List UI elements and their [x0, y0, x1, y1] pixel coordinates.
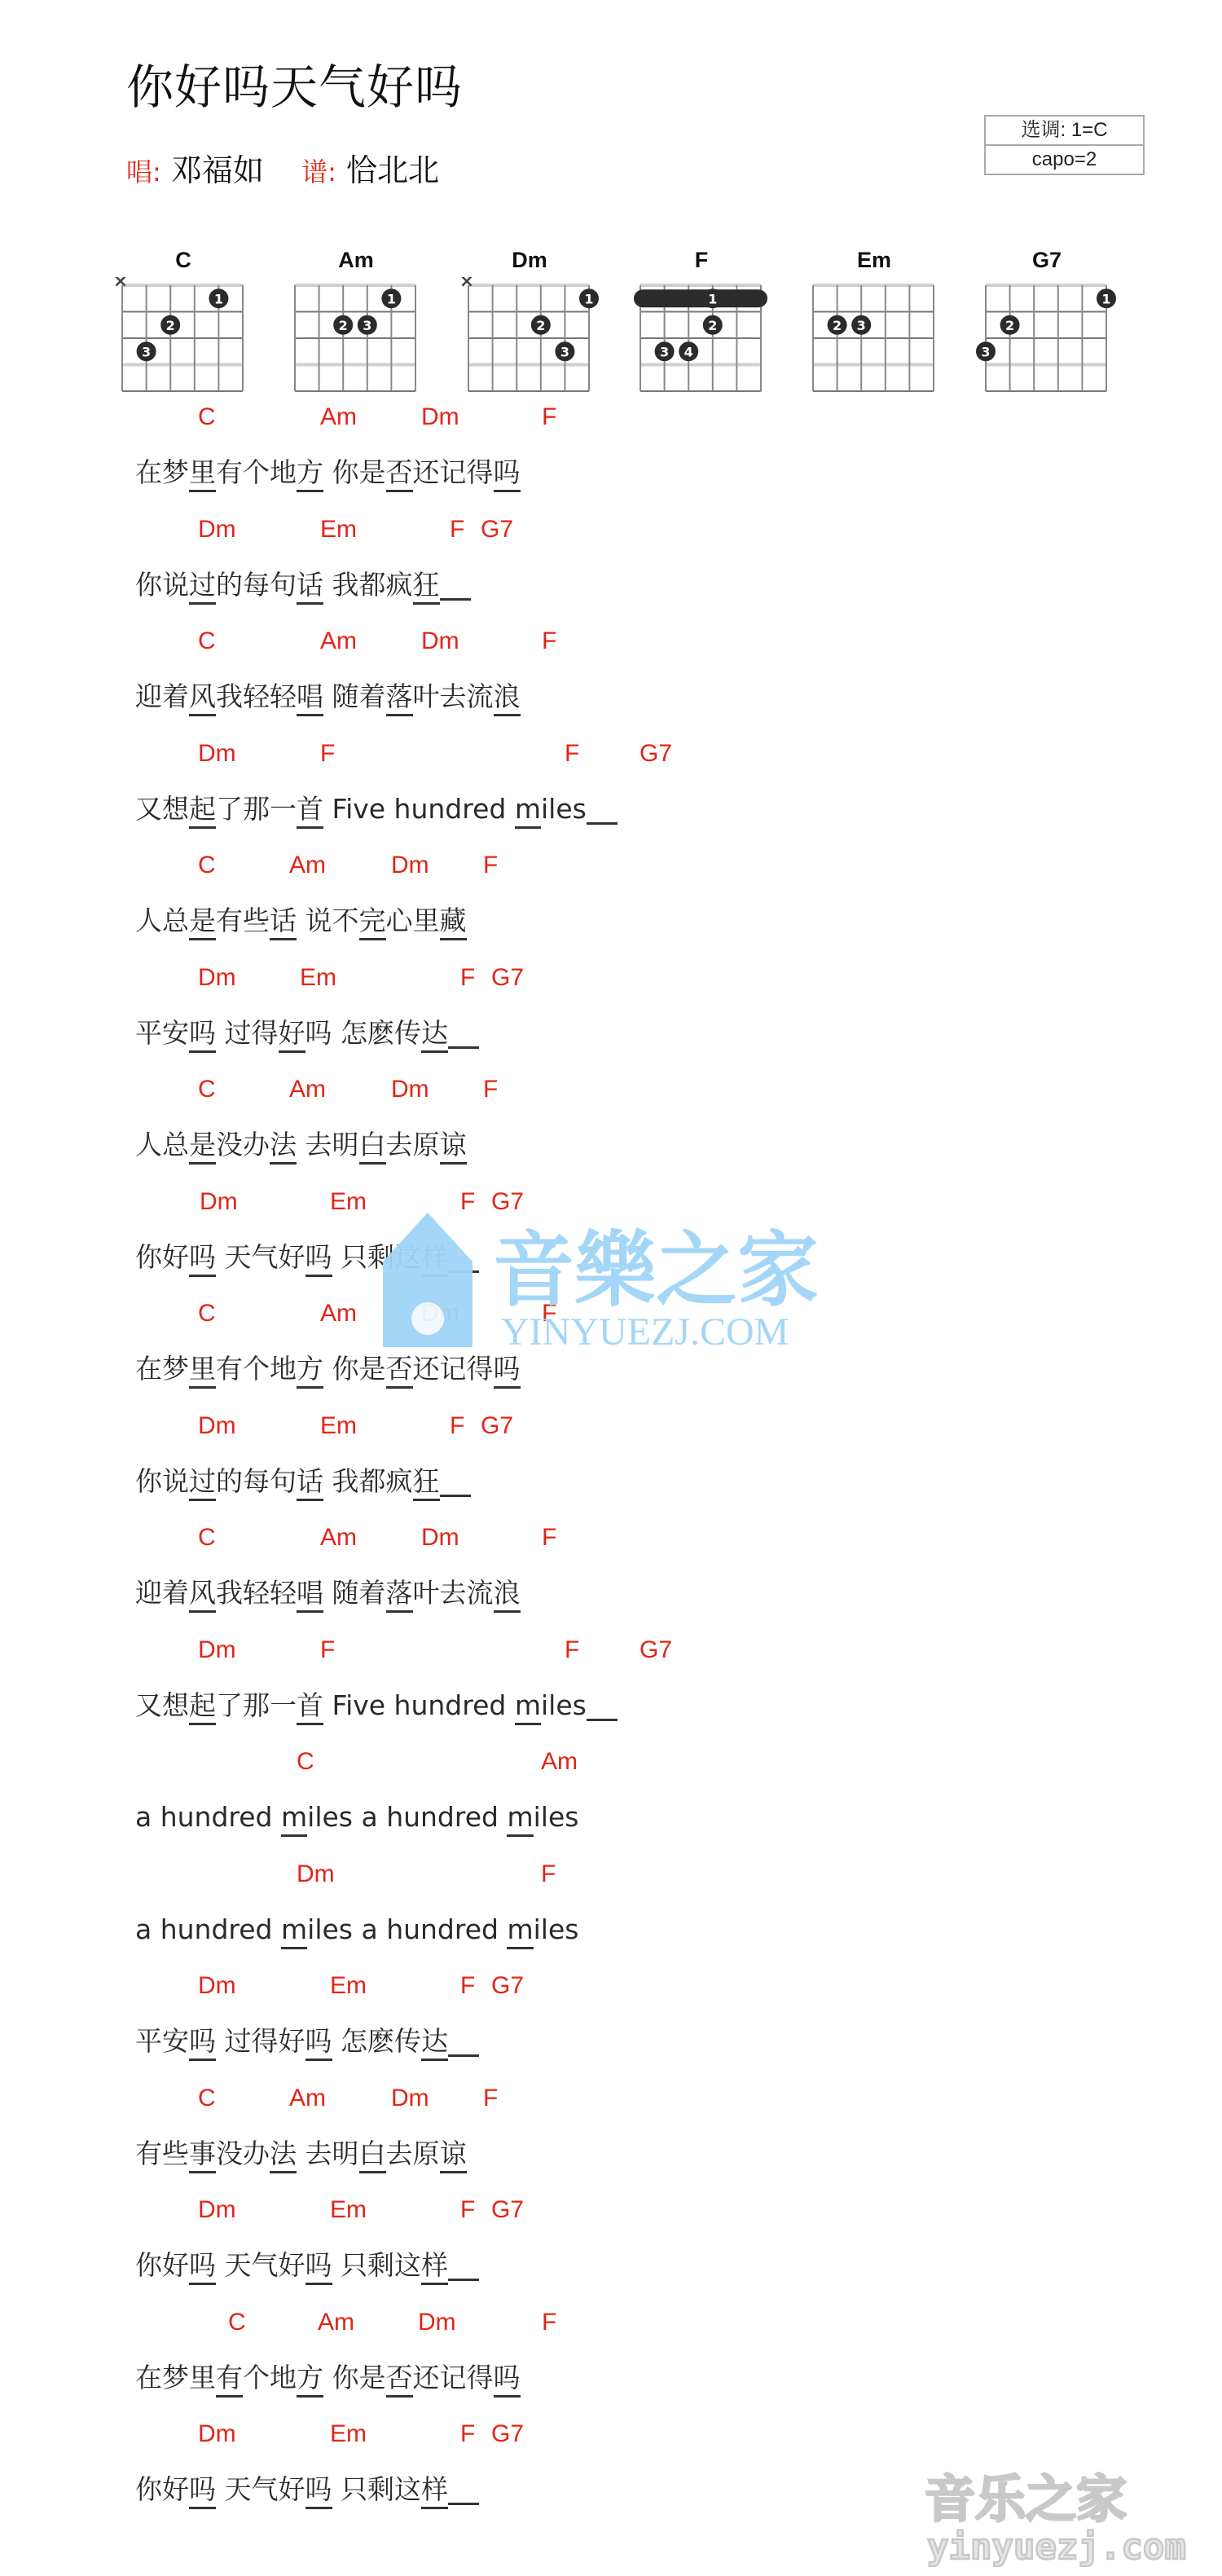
chord-label: Dm	[198, 1638, 236, 1662]
lyric-text: 的每句	[216, 569, 297, 601]
lyric-text: 还记得	[413, 456, 494, 488]
chord-label: F	[460, 966, 475, 990]
chord-label: C	[198, 629, 216, 654]
lyric-accent: 起	[189, 1689, 216, 1725]
lyric-line: 在梦里有个地方 你是否还记得吗	[135, 459, 521, 486]
chord-label: F	[542, 405, 556, 429]
lyric-text: 有些	[216, 905, 270, 936]
chord-label: Dm	[391, 853, 429, 878]
lyric-accent: m	[507, 1913, 533, 1949]
chord-label: Dm	[421, 1526, 459, 1550]
lyric-accent: 吗	[189, 2249, 216, 2285]
lyric-line: 在梦里有个地方 你是否还记得吗	[135, 1355, 521, 1382]
lyric-text: 我都疯	[323, 569, 413, 601]
chord-label: Em	[330, 2198, 367, 2222]
lyric-line: 你好吗 天气好吗 只剩这样	[135, 2252, 479, 2281]
lyric-text: iles	[541, 793, 587, 825]
chord-diagram-name: Em	[797, 248, 952, 273]
lyric-accent: 浪	[494, 680, 521, 716]
chord-diagram-name: Am	[279, 248, 433, 273]
chord-label: F	[565, 1638, 579, 1662]
svg-text:2: 2	[1005, 318, 1014, 333]
lyric-text: 天气好	[216, 1241, 305, 1273]
lyric-text: 个地	[243, 2362, 297, 2393]
lyric-text: 的每句	[216, 1465, 297, 1497]
lyric-text: 我轻轻	[216, 1577, 297, 1609]
lyric-accent: 吗	[189, 1241, 216, 1277]
chord-label: F	[450, 1414, 464, 1438]
lyric-text: 你好	[135, 1241, 189, 1273]
svg-text:2: 2	[339, 318, 348, 333]
chord-label: G7	[481, 517, 513, 542]
lyric-accent: 吗	[305, 2249, 332, 2285]
lyric-accent: m	[281, 1801, 307, 1837]
lyric-accent: 话	[297, 569, 323, 605]
fretboard-grid: 1234	[624, 277, 779, 399]
lyric-hold-line	[448, 2476, 479, 2505]
lyric-accent: 白	[359, 1129, 386, 1165]
chord-label: F	[460, 2198, 475, 2222]
chord-label: Dm	[391, 2086, 429, 2111]
chord-label: Em	[330, 2422, 367, 2446]
svg-text:3: 3	[142, 344, 151, 359]
svg-text:2: 2	[536, 318, 545, 333]
lyric-accent: 落	[386, 680, 413, 716]
lyric-accent: 方	[297, 2362, 323, 2398]
chord-label: Am	[289, 1077, 326, 1102]
song-title: 你好吗天气好吗	[126, 64, 463, 111]
lyric-text: 你好	[135, 2249, 189, 2281]
lyric-accent: 风	[189, 680, 216, 716]
lyric-accent: 里	[189, 456, 216, 492]
lyric-accent: 达	[421, 1017, 448, 1053]
chord-label: F	[542, 1526, 556, 1550]
lyric-text: 平安	[135, 1017, 189, 1049]
lyric-text: 去原	[386, 2138, 440, 2169]
lyric-text: 在梦	[135, 456, 189, 488]
lyric-accent: 样	[421, 1241, 448, 1277]
lyric-text: 迎着	[135, 1577, 189, 1609]
lyric-line: 又想起了那一首 Five hundred miles	[135, 1692, 618, 1721]
singer-label: 唱:	[126, 156, 161, 187]
chord-label: C	[198, 405, 216, 429]
chord-label: F	[460, 1974, 475, 1998]
lyric-line: 你好吗 天气好吗 只剩这样	[135, 1244, 479, 1273]
chord-label: C	[198, 1301, 216, 1326]
muted-string-icon: ×	[459, 277, 474, 292]
chord-label: Am	[289, 853, 326, 878]
chord-label: Dm	[421, 405, 459, 429]
lyric-text: 去原	[386, 1129, 440, 1160]
lyric-text: 没办	[216, 2138, 270, 2169]
lyric-text: 你好	[135, 2473, 189, 2505]
lyric-accent: 达	[421, 2025, 448, 2061]
lyric-text: 只剩这	[332, 2249, 422, 2281]
svg-text:1: 1	[708, 291, 717, 306]
svg-text:2: 2	[708, 318, 717, 333]
chord-label: C	[198, 1526, 216, 1550]
lyric-text: 你是	[323, 2362, 386, 2393]
lyric-accent: 法	[270, 2138, 297, 2173]
lyric-text: 过得好	[216, 2025, 305, 2057]
chord-label: Em	[300, 966, 336, 990]
credits: 唱: 邓福如 谱: 恰北北	[126, 155, 439, 186]
svg-text:音乐之家: 音乐之家	[925, 2469, 1127, 2529]
chord-diagram-am: Am123	[279, 244, 433, 399]
lyric-text: 天气好	[216, 2249, 305, 2281]
lyric-line: a hundred miles a hundred miles	[135, 1803, 578, 1830]
key-capo-box: 选调: 1=C capo=2	[984, 115, 1145, 175]
lyric-hold-line	[448, 2252, 479, 2281]
fretboard-grid: 123	[969, 277, 1124, 399]
chord-label: F	[483, 1077, 498, 1102]
chord-label: C	[228, 2310, 246, 2335]
lyric-accent: 话	[297, 1465, 323, 1501]
lyric-text: iles	[534, 1801, 579, 1833]
lyric-text: 还记得	[413, 2362, 494, 2393]
chord-label: G7	[640, 1638, 672, 1662]
lyric-hold-line	[448, 1244, 479, 1273]
chord-label: G7	[491, 966, 524, 990]
singer-name: 邓福如	[171, 152, 264, 188]
lyric-accent: 吗	[189, 2473, 216, 2509]
lyric-accent: m	[507, 1801, 533, 1837]
lyric-hold-line	[448, 1019, 479, 1049]
chord-diagram-f: F1234	[624, 244, 779, 399]
lyric-text: 我轻轻	[216, 680, 297, 712]
lyric-line: 平安吗 过得好吗 怎麽传达	[135, 2028, 479, 2057]
lyric-accent: 法	[270, 1129, 297, 1165]
svg-text:1: 1	[214, 291, 223, 306]
lyric-line: 迎着风我轻轻唱 随着落叶去流浪	[135, 683, 521, 710]
lyric-text: iles	[534, 1913, 579, 1945]
lyric-line: 平安吗 过得好吗 怎麽传达	[135, 1019, 479, 1049]
chord-label: Dm	[198, 742, 236, 766]
muted-string-icon: ×	[113, 277, 128, 292]
chord-diagram-em: Em23	[797, 244, 952, 399]
lyric-text: 我都疯	[323, 1465, 413, 1497]
lyric-text: iles	[541, 1689, 587, 1721]
chord-label: Am	[320, 1526, 357, 1550]
chord-diagram-name: Dm	[452, 248, 607, 273]
lyric-accent: 藏	[440, 905, 467, 940]
lyric-text: 有个地	[216, 1353, 297, 1385]
lyric-line: 在梦里有个地方 你是否还记得吗	[135, 2364, 521, 2391]
svg-text:yinyuezj.com: yinyuezj.com	[927, 2526, 1186, 2567]
lyric-line: 人总是有些话 说不完心里藏	[135, 907, 467, 934]
lyric-accent: 否	[386, 2362, 413, 2398]
lyric-accent: 否	[386, 456, 413, 492]
chord-diagram-c: C×123	[106, 244, 261, 399]
chord-label: Dm	[198, 2198, 236, 2222]
lyric-accent: 唱	[297, 680, 323, 716]
lyric-text: 只剩这	[332, 1241, 422, 1273]
lyric-text: 叶去流	[413, 1577, 494, 1609]
chord-label: F	[460, 2422, 475, 2446]
lyric-accent: 吗	[494, 456, 521, 492]
lyric-text: 迎着	[135, 680, 189, 712]
chord-label: F	[542, 1301, 556, 1326]
lyric-line: 有些事没办法 去明白去原谅	[135, 2140, 467, 2167]
lyric-text: a hundred	[135, 1913, 281, 1945]
lyric-text: 说不	[297, 905, 359, 936]
chord-label: C	[198, 853, 216, 878]
watermark-center: 音樂之家 YINYUEZJ.COM	[350, 1204, 880, 1351]
lyric-text: Five hundred	[323, 793, 515, 825]
fretboard-grid: ×123	[452, 277, 607, 399]
lyric-text: 又想	[135, 793, 189, 825]
lyric-text: 你说	[135, 569, 189, 601]
chord-label: Am	[320, 629, 357, 654]
chord-diagram-g7: G7123	[969, 244, 1124, 399]
chord-label: Dm	[198, 2422, 236, 2446]
chord-label: C	[297, 1750, 314, 1774]
lyric-accent: 狂	[413, 569, 440, 605]
svg-text:3: 3	[857, 318, 866, 333]
lyric-accent: 吗	[305, 2473, 332, 2509]
lyric-accent: 完	[359, 905, 386, 940]
chord-label: Em	[330, 1190, 367, 1214]
chord-label: Am	[318, 2310, 354, 2335]
chord-label: F	[542, 2310, 556, 2335]
key-value: 选调: 1=C	[986, 117, 1143, 144]
house-music-icon	[383, 1213, 473, 1347]
chord-diagram-name: C	[106, 248, 261, 273]
svg-text:3: 3	[560, 344, 569, 359]
lyric-hold-line	[448, 2028, 479, 2057]
lyric-text: 还记得	[413, 1353, 494, 1385]
lyric-hold-line	[440, 571, 471, 601]
chord-label: Dm	[198, 966, 236, 990]
lyric-accent: 吗	[305, 1241, 332, 1277]
chord-label: Dm	[421, 629, 459, 654]
chord-label: Dm	[198, 517, 236, 542]
lyric-accent: 唱	[297, 1577, 323, 1613]
lyric-text: 心里	[386, 905, 440, 936]
chord-label: F	[483, 2086, 498, 2111]
lyric-line: 迎着风我轻轻唱 随着落叶去流浪	[135, 1579, 521, 1606]
chord-label: F	[565, 742, 579, 766]
lyric-accent: m	[515, 1689, 541, 1725]
capo-value: capo=2	[986, 144, 1143, 174]
chord-label: G7	[640, 742, 672, 766]
svg-text:3: 3	[363, 318, 371, 333]
chord-label: C	[198, 2086, 216, 2111]
lyric-text: 人总	[135, 1129, 189, 1160]
lyric-line: 你说过的每句话 我都疯狂	[135, 1468, 471, 1497]
lyric-accent: 谅	[440, 1129, 467, 1165]
svg-text:2: 2	[833, 318, 842, 333]
lyric-accent: 谅	[440, 2138, 467, 2173]
arranger-label: 谱:	[301, 156, 336, 187]
svg-text:1: 1	[387, 291, 396, 306]
watermark-corner: 音乐之家 yinyuezj.com	[921, 2461, 1206, 2567]
fretboard-grid: 123	[279, 277, 433, 399]
chord-label: Dm	[421, 1301, 459, 1326]
lyric-line: 人总是没办法 去明白去原谅	[135, 1131, 467, 1158]
svg-text:1: 1	[584, 291, 593, 306]
lyric-text: 在梦	[135, 1353, 189, 1385]
lyric-accent: 浪	[494, 1577, 521, 1613]
barre-icon	[634, 289, 767, 307]
chord-label: Am	[320, 405, 357, 429]
lyric-text: a hundred	[135, 1801, 281, 1833]
svg-text:1: 1	[1101, 291, 1110, 306]
chord-label: G7	[491, 2422, 524, 2446]
chord-label: Am	[289, 2086, 326, 2111]
lyric-accent: 首	[297, 1689, 323, 1725]
chord-diagram-name: G7	[969, 248, 1124, 273]
arranger-name: 恰北北	[346, 152, 439, 188]
chord-label: F	[483, 853, 498, 878]
lyric-text: 叶去流	[413, 680, 494, 712]
chord-label: Em	[330, 1974, 367, 1998]
lyric-hold-line	[587, 795, 618, 825]
lyric-accent: 好	[279, 1017, 305, 1053]
lyric-text: 人总	[135, 905, 189, 936]
lyric-accent: 样	[421, 2473, 448, 2509]
svg-text:3: 3	[981, 344, 990, 359]
lyric-accent: 吗	[189, 2025, 216, 2061]
lyric-line: 你说过的每句话 我都疯狂	[135, 571, 471, 601]
lyric-text: 随着	[323, 680, 386, 712]
chord-label: G7	[491, 1974, 524, 1998]
lyric-text: 怎麽传	[332, 2025, 422, 2057]
chord-label: Dm	[200, 1190, 238, 1214]
lyric-text: 天气好	[216, 2473, 305, 2505]
lyric-text: iles a hundred	[307, 1801, 507, 1833]
lyric-accent: 有	[216, 2362, 243, 2398]
lyric-text: 有些	[135, 2138, 189, 2169]
lyric-accent: 落	[386, 1577, 413, 1613]
chord-label: Am	[320, 1301, 357, 1326]
lyric-text: 了那一	[216, 793, 297, 825]
lyric-accent: 是	[189, 1129, 216, 1165]
chord-label: F	[541, 1862, 556, 1887]
lyric-accent: 起	[189, 793, 216, 829]
lyric-text: 平安	[135, 2025, 189, 2057]
lyric-accent: 过	[189, 1465, 216, 1501]
lyric-accent: 吗	[189, 1017, 216, 1053]
lyric-accent: 方	[297, 456, 323, 492]
lyric-text: iles a hundred	[307, 1913, 507, 1945]
lyric-accent: 白	[359, 2138, 386, 2173]
lyric-accent: 过	[189, 569, 216, 605]
chord-label: F	[460, 1190, 475, 1214]
chord-label: Dm	[418, 2310, 456, 2335]
chord-label: G7	[491, 1190, 524, 1214]
lyric-accent: 吗	[305, 2025, 332, 2061]
lyric-text: 又想	[135, 1689, 189, 1721]
lyric-accent: 里	[189, 1353, 216, 1389]
lyric-accent: 方	[297, 1353, 323, 1389]
chord-label: Em	[320, 517, 357, 542]
lyric-text: 你是	[323, 1353, 386, 1385]
lyric-accent: 吗	[494, 2362, 521, 2398]
chord-label: G7	[481, 1414, 513, 1438]
lyric-text: 吗 怎麽传	[305, 1017, 422, 1049]
chord-label: Dm	[198, 1414, 236, 1438]
svg-text:2: 2	[166, 318, 175, 333]
lyric-accent: m	[515, 793, 541, 829]
lyric-text: 去明	[297, 2138, 359, 2169]
chord-label: C	[198, 1077, 216, 1102]
chord-label: Dm	[391, 1077, 429, 1102]
lyric-text: 去明	[297, 1129, 359, 1160]
lyric-line: 又想起了那一首 Five hundred miles	[135, 795, 618, 825]
lyric-accent: 否	[386, 1353, 413, 1389]
lyric-text: 了那一	[216, 1689, 297, 1721]
lyric-line: 你好吗 天气好吗 只剩这样	[135, 2476, 479, 2505]
chord-label: G7	[491, 2198, 524, 2222]
lyric-text: 没办	[216, 1129, 270, 1160]
lyric-accent: m	[281, 1913, 307, 1949]
chord-diagram-dm: Dm×123	[452, 244, 607, 399]
lyric-accent: 风	[189, 1577, 216, 1613]
chord-label: Em	[320, 1414, 357, 1438]
lyric-accent: 首	[297, 793, 323, 829]
svg-text:4: 4	[684, 344, 693, 359]
chord-label: F	[450, 517, 464, 542]
lyric-text: 随着	[323, 1577, 386, 1609]
chord-label: Dm	[297, 1862, 335, 1887]
svg-text:3: 3	[660, 344, 669, 359]
lyric-text: 有个地	[216, 456, 297, 488]
lyric-accent: 吗	[494, 1353, 521, 1389]
lyric-text: 只剩这	[332, 2473, 422, 2505]
lyric-text: 你说	[135, 1465, 189, 1497]
lyric-line: a hundred miles a hundred miles	[135, 1916, 578, 1943]
chord-label: Dm	[198, 1974, 236, 1998]
lyric-text: 在梦里	[135, 2362, 216, 2393]
lyric-accent: 事	[189, 2138, 216, 2173]
lyric-accent: 是	[189, 905, 216, 940]
lyric-hold-line	[440, 1468, 471, 1497]
chord-diagram-name: F	[624, 248, 779, 273]
chord-label: F	[320, 742, 335, 766]
lyric-hold-line	[587, 1692, 618, 1721]
lyric-accent: 样	[421, 2249, 448, 2285]
fretboard-grid: 23	[797, 277, 952, 399]
fretboard-grid: ×123	[106, 277, 261, 399]
lyric-accent: 狂	[413, 1465, 440, 1501]
lyric-text: Five hundred	[323, 1689, 515, 1721]
lyric-text: 你是	[323, 456, 386, 488]
chord-label: F	[542, 629, 556, 654]
chord-label: F	[320, 1638, 335, 1662]
chord-label: Am	[541, 1750, 578, 1774]
lyric-accent: 话	[270, 905, 297, 940]
lyric-text: 过得	[216, 1017, 279, 1049]
